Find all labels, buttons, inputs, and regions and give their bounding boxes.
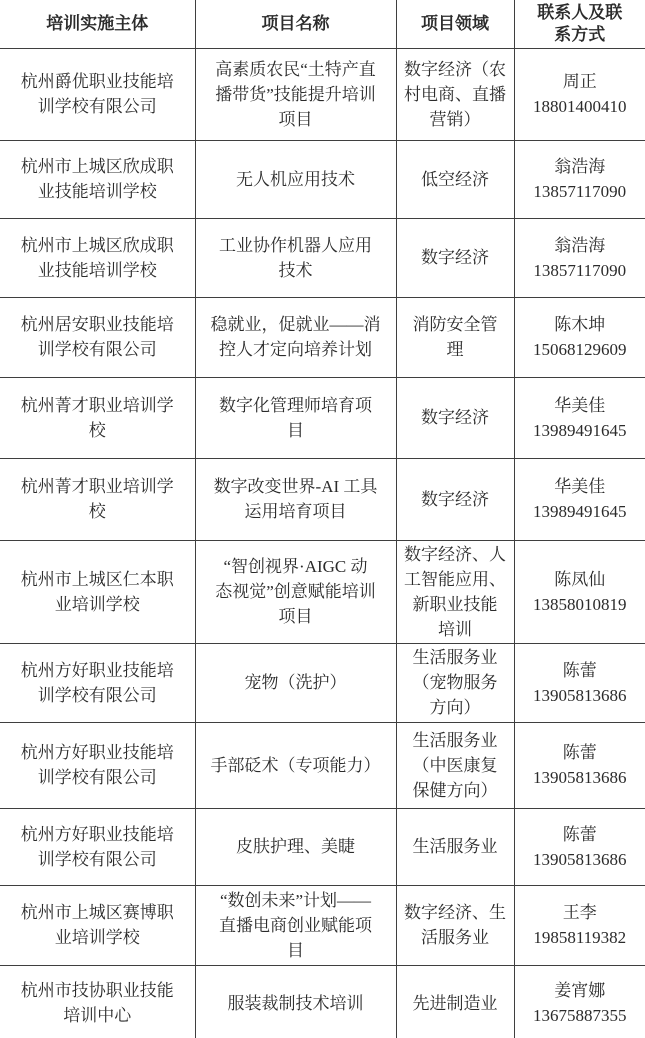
cell-contact: 陈蕾 13905813686 [514, 722, 645, 808]
cell-contact: 陈蕾 13905813686 [514, 643, 645, 722]
cell-entity: 杭州居安职业技能培 训学校有限公司 [0, 297, 195, 377]
table-row: 杭州方好职业技能培 训学校有限公司 手部砭术（专项能力） 生活服务业 （中医康复… [0, 722, 645, 808]
column-header-contact: 联系人及联 系方式 [514, 0, 645, 48]
cell-field: 生活服务业 （中医康复 保健方向） [396, 722, 514, 808]
table-row: 杭州方好职业技能培 训学校有限公司 宠物（洗护） 生活服务业 （宠物服务 方向）… [0, 643, 645, 722]
cell-contact: 姜宵娜 13675887355 [514, 965, 645, 1038]
cell-entity: 杭州市上城区欣成职 业技能培训学校 [0, 140, 195, 218]
cell-project: 工业协作机器人应用 技术 [195, 218, 396, 297]
column-header-field: 项目领域 [396, 0, 514, 48]
cell-project: 稳就业，促就业——消 控人才定向培养计划 [195, 297, 396, 377]
table-row: 杭州居安职业技能培 训学校有限公司 稳就业，促就业——消 控人才定向培养计划 消… [0, 297, 645, 377]
cell-field: 数字经济、生 活服务业 [396, 885, 514, 965]
table-row: 杭州菁才职业培训学 校 数字改变世界-AI 工具 运用培育项目 数字经济 华美佳… [0, 458, 645, 540]
cell-field: 先进制造业 [396, 965, 514, 1038]
document-page: 培训实施主体 项目名称 项目领域 联系人及联 系方式 杭州爵优职业技能培 训学校… [0, 0, 645, 1038]
cell-field: 数字经济、人 工智能应用、 新职业技能 培训 [396, 540, 514, 643]
cell-field: 数字经济 [396, 458, 514, 540]
cell-contact: 王李 19858119382 [514, 885, 645, 965]
cell-contact: 陈蕾 13905813686 [514, 808, 645, 885]
cell-contact: 翁浩海 13857117090 [514, 140, 645, 218]
table-row: 杭州爵优职业技能培 训学校有限公司 高素质农民“土特产直 播带货”技能提升培训 … [0, 48, 645, 140]
cell-contact: 周正 18801400410 [514, 48, 645, 140]
cell-entity: 杭州爵优职业技能培 训学校有限公司 [0, 48, 195, 140]
cell-field: 消防安全管 理 [396, 297, 514, 377]
cell-entity: 杭州菁才职业培训学 校 [0, 458, 195, 540]
cell-project: 手部砭术（专项能力） [195, 722, 396, 808]
cell-project: 宠物（洗护） [195, 643, 396, 722]
cell-contact: 华美佳 13989491645 [514, 458, 645, 540]
cell-field: 数字经济（农 村电商、直播 营销） [396, 48, 514, 140]
cell-project: 服装裁制技术培训 [195, 965, 396, 1038]
column-header-entity: 培训实施主体 [0, 0, 195, 48]
cell-entity: 杭州市上城区赛博职 业培训学校 [0, 885, 195, 965]
cell-project: “智创视界·AIGC 动 态视觉”创意赋能培训 项目 [195, 540, 396, 643]
column-header-project: 项目名称 [195, 0, 396, 48]
cell-project: 数字改变世界-AI 工具 运用培育项目 [195, 458, 396, 540]
cell-project: “数创未来”计划—— 直播电商创业赋能项 目 [195, 885, 396, 965]
cell-entity: 杭州方好职业技能培 训学校有限公司 [0, 722, 195, 808]
header-row: 培训实施主体 项目名称 项目领域 联系人及联 系方式 [0, 0, 645, 48]
cell-project: 数字化管理师培育项 目 [195, 377, 396, 458]
cell-contact: 陈凤仙 13858010819 [514, 540, 645, 643]
table-row: 杭州市技协职业技能 培训中心 服装裁制技术培训 先进制造业 姜宵娜 136758… [0, 965, 645, 1038]
table-row: 杭州市上城区欣成职 业技能培训学校 工业协作机器人应用 技术 数字经济 翁浩海 … [0, 218, 645, 297]
cell-project: 高素质农民“土特产直 播带货”技能提升培训 项目 [195, 48, 396, 140]
cell-entity: 杭州菁才职业培训学 校 [0, 377, 195, 458]
table-row: 杭州市上城区仁本职 业培训学校 “智创视界·AIGC 动 态视觉”创意赋能培训 … [0, 540, 645, 643]
cell-entity: 杭州方好职业技能培 训学校有限公司 [0, 643, 195, 722]
cell-contact: 翁浩海 13857117090 [514, 218, 645, 297]
training-projects-table: 培训实施主体 项目名称 项目领域 联系人及联 系方式 杭州爵优职业技能培 训学校… [0, 0, 645, 1038]
cell-field: 生活服务业 [396, 808, 514, 885]
cell-entity: 杭州市技协职业技能 培训中心 [0, 965, 195, 1038]
cell-entity: 杭州市上城区仁本职 业培训学校 [0, 540, 195, 643]
cell-project: 无人机应用技术 [195, 140, 396, 218]
cell-field: 低空经济 [396, 140, 514, 218]
cell-field: 数字经济 [396, 218, 514, 297]
table-row: 杭州菁才职业培训学 校 数字化管理师培育项 目 数字经济 华美佳 1398949… [0, 377, 645, 458]
cell-contact: 陈木坤 15068129609 [514, 297, 645, 377]
table-row: 杭州市上城区欣成职 业技能培训学校 无人机应用技术 低空经济 翁浩海 13857… [0, 140, 645, 218]
cell-project: 皮肤护理、美睫 [195, 808, 396, 885]
cell-field: 数字经济 [396, 377, 514, 458]
table-row: 杭州方好职业技能培 训学校有限公司 皮肤护理、美睫 生活服务业 陈蕾 13905… [0, 808, 645, 885]
cell-contact: 华美佳 13989491645 [514, 377, 645, 458]
cell-field: 生活服务业 （宠物服务 方向） [396, 643, 514, 722]
cell-entity: 杭州方好职业技能培 训学校有限公司 [0, 808, 195, 885]
table-row: 杭州市上城区赛博职 业培训学校 “数创未来”计划—— 直播电商创业赋能项 目 数… [0, 885, 645, 965]
cell-entity: 杭州市上城区欣成职 业技能培训学校 [0, 218, 195, 297]
